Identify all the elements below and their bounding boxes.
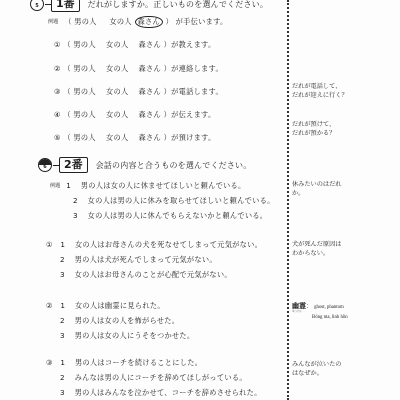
cd-track-icon: 5 [30, 0, 44, 11]
glossary-vietnamese: Bóng ma, linh hồn [312, 315, 348, 320]
section1-question-1: ① （ 男の人 女の人 森さん ）が教えます。 [54, 40, 215, 50]
cd-track-icon: 6 [38, 158, 52, 172]
section1-question-5: ⑤ （ 男の人 女の人 森さん ）が預けます。 [54, 133, 215, 143]
question-number: ② [54, 64, 61, 73]
question-predicate: が教えます。 [171, 40, 215, 49]
question-number: ① [46, 240, 53, 249]
option-man[interactable]: 男の人 [73, 40, 95, 49]
section2-q2-choice-2[interactable]: 2 男の人は女の人を怖がらせた。 [60, 316, 179, 326]
section1-number-box: 1番 [51, 0, 80, 12]
cd-track-number: 5 [31, 3, 43, 10]
choice-text: 男の人は犬が死んでしまって元気がない。 [75, 255, 217, 264]
choice-number: 3 [60, 388, 72, 397]
example-label: 例題 [50, 182, 61, 189]
side-note-entrust: だれが預けて、 だれが預かる？ [292, 120, 335, 138]
sidebar-notes: だれが電話して、 だれが迎えに行く？ だれが預けて、 だれが預かる？ 休みたいの… [292, 0, 400, 400]
section1-example: 例題 （ 男の人 女の人 森さん ） が手伝います。 [48, 16, 228, 28]
choice-text: 男の人は女の人にうそをつかせた。 [75, 331, 195, 340]
note-line: はなぜか。 [292, 369, 342, 378]
section1-question-2: ② （ 男の人 女の人 森さん ）が連絡します。 [54, 64, 223, 74]
choice-number: 3 [60, 331, 72, 340]
option-man[interactable]: 男の人 [73, 64, 95, 73]
question-number: ② [46, 301, 53, 310]
choice-number: 2 [73, 196, 85, 205]
choice-text: 女の人はお母さんのことが心配で元気がない。 [75, 270, 232, 279]
section2-q2-choice-3[interactable]: 3 男の人は女の人にうそをつかせた。 [60, 331, 194, 341]
choice-text: みんなは男の人にコーチを辞めてほしがっている。 [75, 373, 247, 382]
arrow-connector [53, 165, 59, 166]
choice-text: 女の人は男の人に休みを取らせてほしいと頼んでいる。 [88, 196, 275, 205]
side-note-who-rests: 休みたいのはだれ か。 [292, 180, 342, 198]
note-line: か。 [292, 189, 342, 198]
section1-instruction: だれがしますか。正しいものを選んでください。 [88, 0, 268, 10]
option-woman[interactable]: 女の人 [106, 87, 128, 96]
section2-q2-choice-1[interactable]: ② 1 女の人は幽霊に見られた。 [46, 301, 165, 311]
side-note-why-cried: みんなが泣いたの はなぜか。 [292, 360, 342, 378]
choice-text: 男の人は女の人を怖がらせた。 [75, 316, 180, 325]
option-mori[interactable]: 森さん [139, 110, 161, 119]
section1-header: 5 1番 だれがしますか。正しいものを選んでください。 [30, 0, 268, 12]
question-number: ④ [54, 110, 61, 119]
note-line: みんなが泣いたの [292, 360, 342, 369]
workbook-page: 5 1番 だれがしますか。正しいものを選んでください。 例題 （ 男の人 女の人… [0, 0, 400, 400]
section1-question-4: ④ （ 男の人 女の人 森さん ）が伝えます。 [54, 110, 215, 120]
main-column: 5 1番 だれがしますか。正しいものを選んでください。 例題 （ 男の人 女の人… [0, 0, 285, 400]
question-number: ① [54, 40, 61, 49]
question-predicate: が預けます。 [171, 133, 215, 142]
section2-q3-choice-1[interactable]: ③ 1 男の人はコーチを続けることにした。 [46, 358, 202, 368]
arrow-connector [45, 4, 51, 5]
option-man[interactable]: 男の人 [73, 110, 95, 119]
example-predicate: が手伝います。 [176, 17, 228, 26]
option-mori[interactable]: 森さん [139, 64, 161, 73]
example-label: 例題 [48, 18, 59, 25]
option-woman[interactable]: 女の人 [106, 110, 128, 119]
choice-number: 1 [60, 301, 72, 310]
section2-instruction: 会話の内容と合うものを選んでください。 [96, 160, 252, 171]
section2-example-choice-2: 2 女の人は男の人に休みを取らせてほしいと頼んでいる。 [73, 196, 275, 206]
section2-q3-choice-2[interactable]: 2 みんなは男の人にコーチを辞めてほしがっている。 [60, 373, 247, 383]
note-line: だれが迎えに行く？ [292, 91, 348, 100]
section1-question-3: ③ （ 男の人 女の人 森さん ）が電話します。 [54, 87, 223, 97]
section2-example-choice-3: 3 女の人は男の人に休んでもらえないかと頼んでいる。 [73, 211, 267, 221]
note-line: だれが電話して、 [292, 82, 348, 91]
option-woman[interactable]: 女の人 [106, 64, 128, 73]
option-woman[interactable]: 女の人 [106, 133, 128, 142]
question-predicate: が伝えます。 [171, 110, 215, 119]
dotted-column-divider [287, 0, 289, 400]
section2-number-box: 2番 [59, 157, 88, 173]
close-paren: ） [166, 17, 174, 26]
choice-number: 3 [73, 211, 85, 220]
choice-text: 女の人は男の人に休んでもらえないかと頼んでいる。 [88, 211, 268, 220]
option-mori[interactable]: 森さん [139, 87, 161, 96]
choice-number: 2 [60, 316, 72, 325]
section2-q1-choice-1[interactable]: ① 1 女の人はお母さんの犬を死なせてしまって元気がない。 [46, 240, 262, 250]
question-number: ⑤ [54, 133, 61, 142]
note-line: 犬が死んだ原因は [292, 240, 342, 249]
choice-text: 男の人は女の人に休ませてほしいと頼んでいる。 [81, 181, 246, 190]
glossary-ghost: 幽霊： ghost, phantom Bóng ma, linh hồn ゆうれ… [292, 302, 348, 322]
question-number: ③ [54, 87, 61, 96]
choice-number: 1 [60, 240, 72, 249]
choice-text: 男の人はみんなを泣かせて、コーチを辞めさせられた。 [75, 388, 262, 397]
glossary-reading: ゆうれい [292, 310, 302, 313]
choice-number: 3 [60, 270, 72, 279]
side-note-dog-cause: 犬が死んだ原因は わからない。 [292, 240, 342, 258]
option-man[interactable]: 男の人 [73, 133, 95, 142]
cd-track-number: 6 [39, 164, 51, 171]
choice-text: 男の人はコーチを続けることにした。 [75, 358, 202, 367]
section2-q1-choice-3[interactable]: 3 女の人はお母さんのことが心配で元気がない。 [60, 270, 232, 280]
side-note-call-pickup: だれが電話して、 だれが迎えに行く？ [292, 82, 348, 100]
choice-number: 1 [66, 181, 78, 190]
note-line: だれが預けて、 [292, 120, 335, 129]
section2-example-choice-1: 例題 1 男の人は女の人に休ませてほしいと頼んでいる。 [50, 181, 246, 191]
section2-header: 6 2番 会話の内容と合うものを選んでください。 [38, 157, 251, 173]
option-man[interactable]: 男の人 [73, 87, 95, 96]
choice-number: 1 [60, 358, 72, 367]
option-man: 男の人 [74, 17, 96, 26]
option-woman[interactable]: 女の人 [106, 40, 128, 49]
option-mori[interactable]: 森さん [139, 133, 161, 142]
question-predicate: が連絡します。 [171, 64, 223, 73]
choice-text: 女の人は幽霊に見られた。 [75, 301, 165, 310]
section2-q1-choice-2[interactable]: 2 男の人は犬が死んでしまって元気がない。 [60, 255, 217, 265]
option-mori-circled: 森さん [135, 16, 163, 28]
option-woman: 女の人 [109, 17, 131, 26]
section2-q3-choice-3[interactable]: 3 男の人はみんなを泣かせて、コーチを辞めさせられた。 [60, 388, 262, 398]
note-line: わからない。 [292, 249, 342, 258]
question-predicate: が電話します。 [171, 87, 223, 96]
choice-number: 2 [60, 255, 72, 264]
glossary-term: 幽霊 [292, 302, 306, 310]
question-number: ③ [46, 358, 53, 367]
note-line: だれが預かる？ [292, 129, 335, 138]
choice-text: 女の人はお母さんの犬を死なせてしまって元気がない。 [75, 240, 262, 249]
choice-number: 2 [60, 373, 72, 382]
glossary-english: ghost, phantom [314, 305, 344, 310]
open-paren: （ [64, 17, 74, 26]
option-mori[interactable]: 森さん [139, 40, 161, 49]
note-line: 休みたいのはだれ [292, 180, 342, 189]
